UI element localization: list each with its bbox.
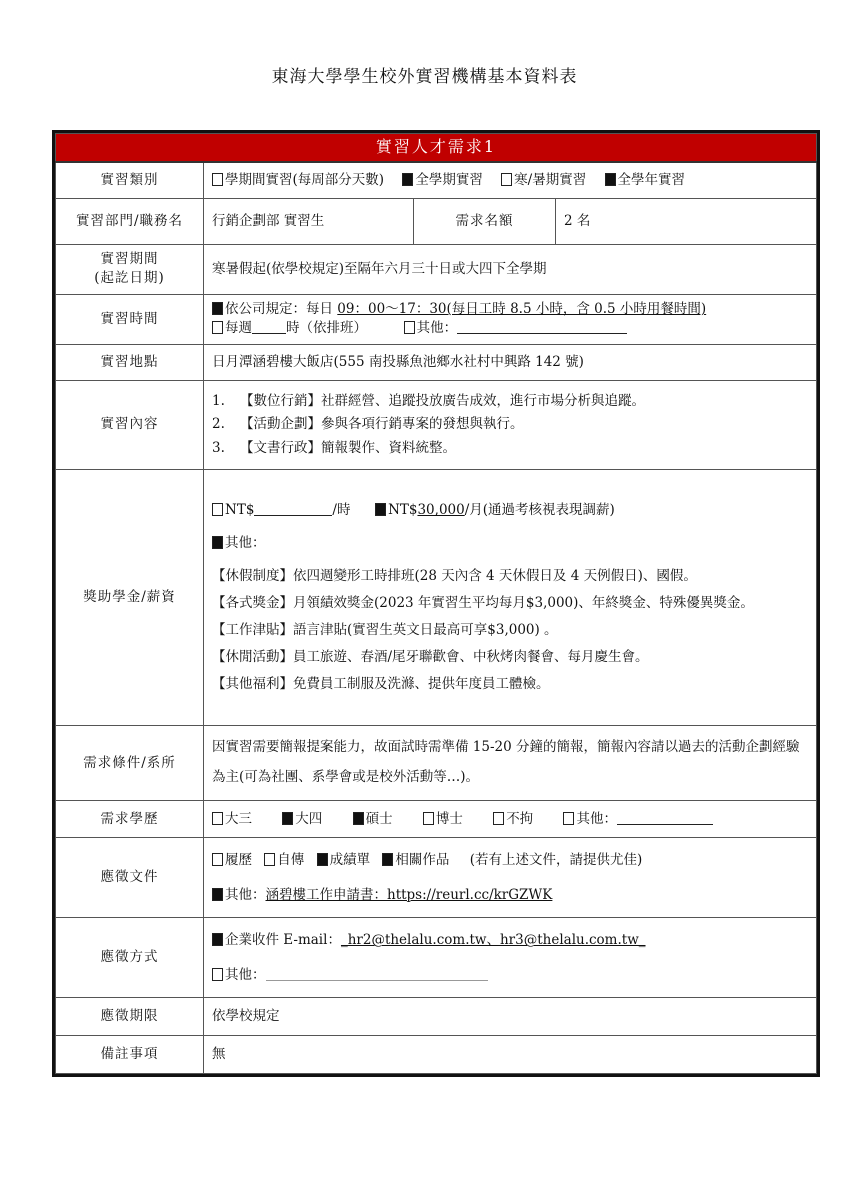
education-option[interactable]: 大三 xyxy=(212,811,252,827)
quota-value: 2 名 xyxy=(556,198,817,244)
internship-type-options: 學期間實習(每周部分天數) 全學期實習 寒/暑期實習 全學年實習 xyxy=(204,162,817,198)
hours-options: 依公司規定：每日 09：00～17：30(每日工時 8.5 小時，含 0.5 小… xyxy=(204,294,817,344)
hours-option-weekly[interactable]: 每週時（依排班） 其他： xyxy=(212,319,808,338)
content-item: 2.【活動企劃】參與各項行銷專案的發想與執行。 xyxy=(212,415,808,434)
checkbox-icon[interactable] xyxy=(264,853,275,866)
apply-email-option[interactable]: 企業收件 E-mail：_hr2@thelalu.com.tw、hr3@thel… xyxy=(212,930,808,950)
documents-option[interactable]: 相關作品 xyxy=(382,852,449,868)
row-department: 實習部門/職務名 行銷企劃部 實習生 需求名額 2 名 xyxy=(56,198,817,244)
deadline-label: 應徵期限 xyxy=(56,998,204,1036)
internship-type-option[interactable]: 學期間實習(每周部分天數) xyxy=(212,172,384,188)
education-option[interactable]: 不拘 xyxy=(493,811,533,827)
notes-label: 備註事項 xyxy=(56,1036,204,1074)
benefit-item: 【休假制度】依四週變形工時排班(28 天內含 4 天休假日及 4 天例假日)、國… xyxy=(212,566,808,587)
salary-monthly-option[interactable]: NT$30,000/月(通過考核視表現調薪) xyxy=(375,502,615,518)
row-content: 實習內容 1.【數位行銷】社群經營、追蹤投放廣告成效，進行市場分析與追蹤。 2.… xyxy=(56,380,817,470)
content-item: 1.【數位行銷】社群經營、追蹤投放廣告成效，進行市場分析與追蹤。 xyxy=(212,392,808,411)
checkbox-icon[interactable] xyxy=(423,812,434,825)
location-label: 實習地點 xyxy=(56,344,204,380)
checkbox-checked-icon[interactable] xyxy=(402,173,413,186)
checkbox-checked-icon[interactable] xyxy=(212,302,223,315)
salary-content: NT$/時 NT$30,000/月(通過考核視表現調薪) 其他： 【休假制度】依… xyxy=(204,470,817,726)
row-documents: 應徵文件 履歷 自傳 成績單 相關作品 (若有上述文件，請提供尤佳) 其他：涵碧… xyxy=(56,838,817,918)
checkbox-checked-icon[interactable] xyxy=(282,812,293,825)
checkbox-icon[interactable] xyxy=(563,812,574,825)
row-period: 實習期間 (起訖日期) 寒暑假起(依學校規定)至隔年六月三十日或大四下全學期 xyxy=(56,244,817,294)
row-internship-type: 實習類別 學期間實習(每周部分天數) 全學期實習 寒/暑期實習 全學年實習 xyxy=(56,162,817,198)
row-location: 實習地點 日月潭涵碧樓大飯店(555 南投縣魚池鄉水社村中興路 142 號) xyxy=(56,344,817,380)
document-title: 東海大學學生校外實習機構基本資料表 xyxy=(0,62,849,87)
content-label: 實習內容 xyxy=(56,380,204,470)
row-deadline: 應徵期限 依學校規定 xyxy=(56,998,817,1036)
internship-type-option[interactable]: 全學期實習 xyxy=(402,172,483,188)
documents-option[interactable]: 履歷 xyxy=(212,852,252,868)
requirements-value: 因實習需要簡報提案能力，故面試時需準備 15-20 分鐘的簡報，簡報內容請以過去… xyxy=(204,726,817,801)
documents-option[interactable]: 成績單 xyxy=(317,852,371,868)
content-item: 3.【文書行政】簡報製作、資料統整。 xyxy=(212,439,808,458)
checkbox-checked-icon[interactable] xyxy=(212,536,223,549)
deadline-value: 依學校規定 xyxy=(204,998,817,1036)
apply-other-option[interactable]: 其他： xyxy=(212,965,808,985)
monthly-wage-value: 30,000 xyxy=(417,502,464,518)
apply-method-label: 應徵方式 xyxy=(56,918,204,998)
salary-hourly-option[interactable]: NT$/時 xyxy=(212,502,350,518)
checkbox-icon[interactable] xyxy=(404,321,415,334)
period-value: 寒暑假起(依學校規定)至隔年六月三十日或大四下全學期 xyxy=(204,244,817,294)
education-option[interactable]: 大四 xyxy=(282,811,322,827)
salary-other-option[interactable]: 其他： xyxy=(212,533,808,554)
checkbox-icon[interactable] xyxy=(493,812,504,825)
documents-options: 履歷 自傳 成績單 相關作品 (若有上述文件，請提供尤佳) 其他：涵碧樓工作申請… xyxy=(204,838,817,918)
row-notes: 備註事項 無 xyxy=(56,1036,817,1074)
benefit-item: 【其他福利】免費員工制服及洗滌、提供年度員工體檢。 xyxy=(212,674,808,695)
benefit-item: 【工作津貼】語言津貼(實習生英文日最高可享$3,000) 。 xyxy=(212,620,808,641)
checkbox-icon[interactable] xyxy=(212,853,223,866)
requirements-label: 需求條件/系所 xyxy=(56,726,204,801)
notes-value: 無 xyxy=(204,1036,817,1074)
weekly-hours-blank[interactable] xyxy=(252,319,286,334)
checkbox-checked-icon[interactable] xyxy=(212,933,223,946)
apply-email-value[interactable]: _hr2@thelalu.com.tw、hr3@thelalu.com.tw_ xyxy=(341,932,646,948)
checkbox-icon[interactable] xyxy=(501,173,512,186)
department-value: 行銷企劃部 實習生 xyxy=(204,198,414,244)
location-value: 日月潭涵碧樓大飯店(555 南投縣魚池鄉水社村中興路 142 號) xyxy=(204,344,817,380)
checkbox-icon[interactable] xyxy=(212,173,223,186)
checkbox-checked-icon[interactable] xyxy=(605,173,616,186)
benefit-item: 【各式獎金】月領績效獎金(2023 年實習生平均每月$3,000)、年終獎金、特… xyxy=(212,593,808,614)
application-form-link[interactable]: 涵碧樓工作申請書：https://reurl.cc/krGZWK xyxy=(266,887,553,903)
checkbox-icon[interactable] xyxy=(212,321,223,334)
salary-label: 獎助學金/薪資 xyxy=(56,470,204,726)
checkbox-checked-icon[interactable] xyxy=(382,853,393,866)
salary-options: NT$/時 NT$30,000/月(通過考核視表現調薪) xyxy=(212,500,808,521)
checkbox-icon[interactable] xyxy=(212,968,223,981)
documents-other-option[interactable]: 其他：涵碧樓工作申請書：https://reurl.cc/krGZWK xyxy=(212,885,808,905)
hourly-wage-blank[interactable] xyxy=(254,501,332,516)
period-label: 實習期間 (起訖日期) xyxy=(56,244,204,294)
row-requirements: 需求條件/系所 因實習需要簡報提案能力，故面試時需準備 15-20 分鐘的簡報，… xyxy=(56,726,817,801)
apply-method-options: 企業收件 E-mail：_hr2@thelalu.com.tw、hr3@thel… xyxy=(204,918,817,998)
documents-option[interactable]: 自傳 xyxy=(264,852,304,868)
row-education: 需求學歷 大三 大四 碩士 博士 不拘 其他： xyxy=(56,801,817,838)
checkbox-checked-icon[interactable] xyxy=(317,853,328,866)
internship-type-option[interactable]: 寒/暑期實習 xyxy=(501,172,586,188)
row-salary: 獎助學金/薪資 NT$/時 NT$30,000/月(通過考核視表現調薪) 其他：… xyxy=(56,470,817,726)
education-options: 大三 大四 碩士 博士 不拘 其他： xyxy=(204,801,817,838)
checkbox-icon[interactable] xyxy=(212,503,223,516)
internship-form: 實習人才需求1 實習類別 學期間實習(每周部分天數) 全學期實習 寒/暑期實習 … xyxy=(52,130,820,1077)
form-header: 實習人才需求1 xyxy=(56,134,817,163)
checkbox-icon[interactable] xyxy=(212,812,223,825)
hours-option-company[interactable]: 依公司規定：每日 09：00～17：30(每日工時 8.5 小時，含 0.5 小… xyxy=(212,300,808,319)
education-label: 需求學歷 xyxy=(56,801,204,838)
hours-other-blank[interactable] xyxy=(457,319,627,334)
checkbox-checked-icon[interactable] xyxy=(375,503,386,516)
content-list: 1.【數位行銷】社群經營、追蹤投放廣告成效，進行市場分析與追蹤。 2.【活動企劃… xyxy=(204,380,817,470)
form-header-row: 實習人才需求1 xyxy=(56,134,817,163)
hours-company-value: 09：00～17：30(每日工時 8.5 小時，含 0.5 小時用餐時間) xyxy=(337,301,706,317)
quota-label: 需求名額 xyxy=(414,198,556,244)
department-label: 實習部門/職務名 xyxy=(56,198,204,244)
benefit-item: 【休閒活動】員工旅遊、春酒/尾牙聯歡會、中秋烤肉餐會、每月慶生會。 xyxy=(212,647,808,668)
checkbox-checked-icon[interactable] xyxy=(212,888,223,901)
documents-label: 應徵文件 xyxy=(56,838,204,918)
checkbox-checked-icon[interactable] xyxy=(353,812,364,825)
internship-type-label: 實習類別 xyxy=(56,162,204,198)
apply-other-blank[interactable] xyxy=(266,966,488,981)
internship-type-option[interactable]: 全學年實習 xyxy=(605,172,686,188)
row-hours: 實習時間 依公司規定：每日 09：00～17：30(每日工時 8.5 小時，含 … xyxy=(56,294,817,344)
documents-note: (若有上述文件，請提供尤佳) xyxy=(470,852,643,868)
education-option[interactable]: 博士 xyxy=(423,811,463,827)
education-option[interactable]: 碩士 xyxy=(353,811,393,827)
education-option-other[interactable]: 其他： xyxy=(563,811,713,827)
education-other-blank[interactable] xyxy=(617,810,713,825)
hours-label: 實習時間 xyxy=(56,294,204,344)
row-apply-method: 應徵方式 企業收件 E-mail：_hr2@thelalu.com.tw、hr3… xyxy=(56,918,817,998)
